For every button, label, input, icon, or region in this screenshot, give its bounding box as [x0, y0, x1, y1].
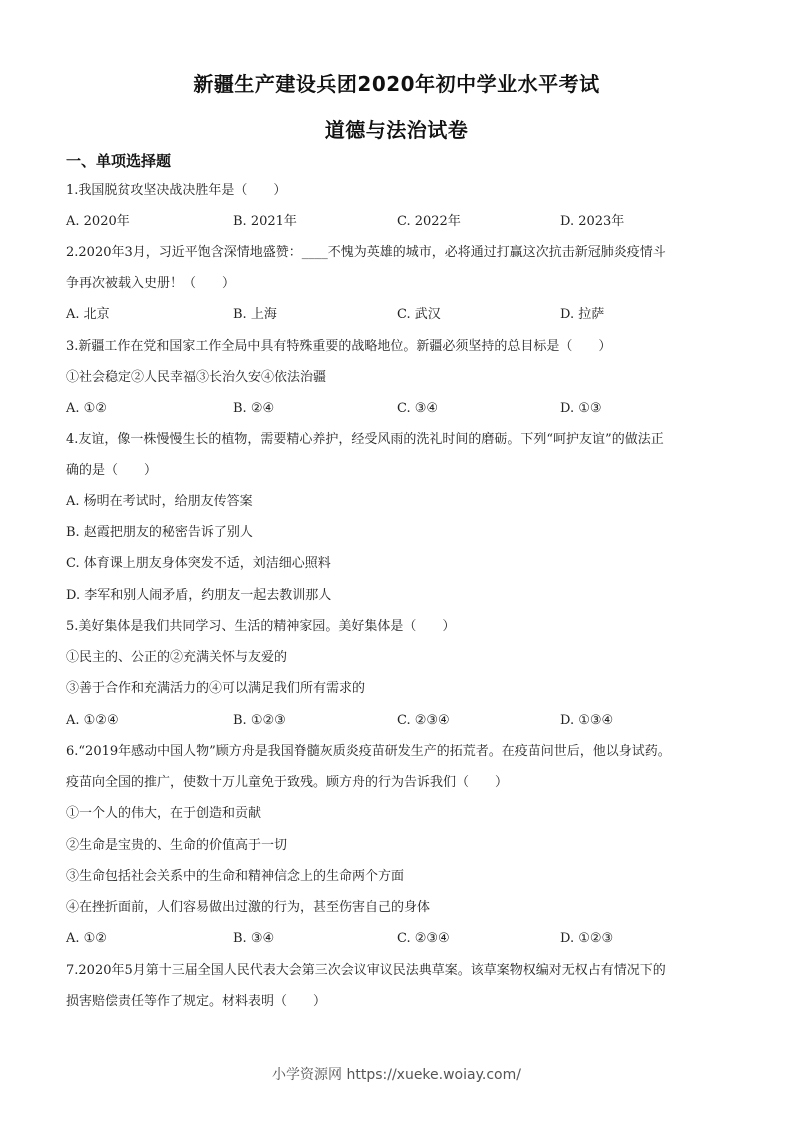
option-a: A. 北京 — [66, 307, 110, 323]
question-4-option-d: D. 李军和别人闹矛盾，约朋友一起去教训那人 — [66, 588, 331, 604]
option-d: D. ①②③ — [560, 931, 613, 947]
question-4-option-c: C. 体育课上朋友身体突发不适，刘洁细心照料 — [66, 556, 331, 572]
option-a: A. ①② — [66, 401, 107, 417]
option-d: D. ①③ — [560, 401, 602, 417]
option-c: C. ②③④ — [397, 713, 450, 729]
question-7-stem-line2: 损害赔偿责任等作了规定。材料表明（ ） — [66, 994, 326, 1010]
option-c: C. ③④ — [397, 401, 438, 417]
question-7-stem-line1: 7.2020年5月第十三届全国人民代表大会第三次会议审议民法典草案。该草案物权编… — [66, 963, 666, 979]
option-c: C. 武汉 — [397, 307, 441, 323]
option-b: B. ②④ — [233, 401, 274, 417]
option-a: A. ①②④ — [66, 713, 119, 729]
question-6-stem-line1: 6.“2019年感动中国人物”顾方舟是我国脊髓灰质炎疫苗研发生产的拓荒者。在疫苗… — [66, 744, 671, 760]
option-b: B. ①②③ — [233, 713, 286, 729]
option-c: C. ②③④ — [397, 931, 450, 947]
exam-page: 新疆生产建设兵团2020年初中学业水平考试 道德与法治试卷 一、单项选择题 1.… — [0, 0, 793, 1122]
option-b: B. 上海 — [233, 307, 277, 323]
option-d: D. ①③④ — [560, 713, 613, 729]
question-5-statements-line2: ③善于合作和充满活力的④可以满足我们所有需求的 — [66, 681, 365, 697]
exam-subject-title: 道德与法治试卷 — [0, 114, 793, 143]
option-b: B. 2021年 — [233, 214, 297, 230]
question-2-stem-line2: 争再次被载入史册！（ ） — [66, 276, 235, 292]
question-4-option-a: A. 杨明在考试时，给朋友传答案 — [66, 494, 253, 510]
question-3-stem: 3.新疆工作在党和国家工作全局中具有特殊重要的战略地位。新疆必须坚持的总目标是（… — [66, 339, 611, 355]
question-4-stem-line1: 4.友谊，像一株慢慢生长的植物，需要精心养护，经受风雨的洗礼时间的磨砺。下列“呵… — [66, 432, 664, 448]
option-c: C. 2022年 — [397, 214, 461, 230]
question-3-statements: ①社会稳定②人民幸福③长治久安④依法治疆 — [66, 370, 326, 386]
watermark-footer: 小学资源网 https://xueke.woiay.com/ — [0, 1064, 793, 1084]
question-5-statements-line1: ①民主的、公正的②充满关怀与友爱的 — [66, 650, 287, 666]
question-6-statement-1: ①一个人的伟大，在于创造和贡献 — [66, 806, 261, 822]
option-b: B. ③④ — [233, 931, 274, 947]
question-5-stem: 5.美好集体是我们共同学习、生活的精神家园。美好集体是（ ） — [66, 619, 455, 635]
section-heading: 一、单项选择题 — [66, 150, 171, 171]
question-6-statement-3: ③生命包括社会关系中的生命和精神信念上的生命两个方面 — [66, 869, 404, 885]
question-2-stem-line1: 2.2020年3月，习近平饱含深情地盛赞：____不愧为英雄的城市，必将通过打赢… — [66, 245, 666, 261]
exam-title: 新疆生产建设兵团2020年初中学业水平考试 — [0, 68, 793, 97]
question-1-stem: 1.我国脱贫攻坚决战决胜年是（ ） — [66, 183, 286, 199]
question-4-option-b: B. 赵霞把朋友的秘密告诉了别人 — [66, 525, 253, 541]
option-d: D. 拉萨 — [560, 307, 604, 323]
question-6-statement-2: ②生命是宝贵的、生命的价值高于一切 — [66, 838, 287, 854]
option-a: A. 2020年 — [66, 214, 130, 230]
question-6-stem-line2: 疫苗向全国的推广，使数十万儿童免于致残。顾方舟的行为告诉我们（ ） — [66, 775, 508, 791]
question-6-statement-4: ④在挫折面前，人们容易做出过激的行为，甚至伤害自己的身体 — [66, 900, 430, 916]
question-4-stem-line2: 确的是（ ） — [66, 463, 157, 479]
option-a: A. ①② — [66, 931, 107, 947]
option-d: D. 2023年 — [560, 214, 624, 230]
